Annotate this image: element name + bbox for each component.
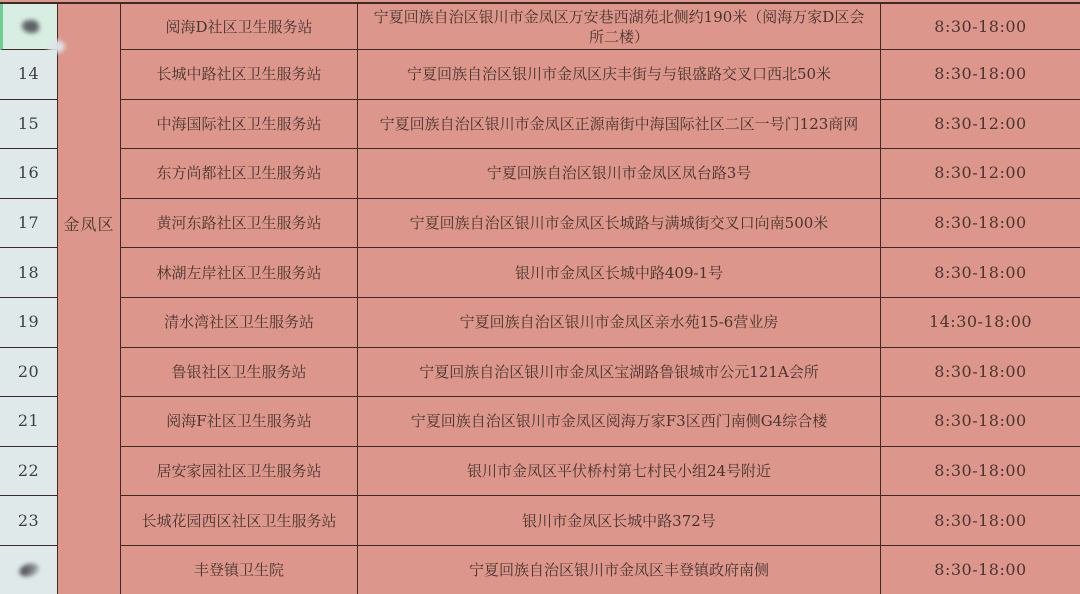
table-top-border [0, 2, 1080, 4]
address-cell: 宁夏回族自治区银川市金凤区庆丰街与与银盛路交叉口西北50米 [358, 50, 881, 100]
blurred-number-smudge [17, 562, 40, 579]
station-name-cell: 居安家园社区卫生服务站 [121, 447, 358, 497]
station-name-cell: 鲁银社区卫生服务站 [121, 348, 358, 398]
row-number-cell [0, 546, 58, 594]
address-cell: 宁夏回族自治区银川市金凤区宝湖路鲁银城市公元121A会所 [358, 348, 881, 398]
station-name-cell: 长城花园西区社区卫生服务站 [121, 496, 358, 546]
hours-cell: 8:30-18:00 [881, 397, 1080, 447]
address-cell: 宁夏回族自治区银川市金凤区凤台路3号 [358, 149, 881, 199]
address-cell: 银川市金凤区长城中路409-1号 [358, 248, 881, 298]
address-cell: 宁夏回族自治区银川市金凤区丰登镇政府南侧 [358, 546, 881, 594]
station-name-cell: 阅海F社区卫生服务站 [121, 397, 358, 447]
address-cell: 宁夏回族自治区银川市金凤区长城路与满城街交叉口向南500米 [358, 199, 881, 249]
row-number-cell: 22 [0, 447, 58, 497]
station-name-cell: 黄河东路社区卫生服务站 [121, 199, 358, 249]
station-name-cell: 中海国际社区卫生服务站 [121, 100, 358, 150]
address-cell: 宁夏回族自治区银川市金凤区正源南街中海国际社区二区一号门123商网 [358, 100, 881, 150]
health-stations-table-screenshot: 金凤区 阅海D社区卫生服务站 宁夏回族自治区银川市金凤区万安巷西湖苑北侧约190… [0, 0, 1080, 594]
artifact-smudge [47, 40, 65, 53]
station-name-cell: 林湖左岸社区卫生服务站 [121, 248, 358, 298]
address-cell: 宁夏回族自治区银川市金凤区万安巷西湖苑北侧约190米（阅海万家D区会所二楼） [358, 4, 881, 50]
hours-cell: 8:30-18:00 [881, 248, 1080, 298]
row-number-cell: 18 [0, 248, 58, 298]
row-number-cell: 17 [0, 199, 58, 249]
station-name-cell: 长城中路社区卫生服务站 [121, 50, 358, 100]
row-number-cell: 21 [0, 397, 58, 447]
row-number-cell: 15 [0, 100, 58, 150]
health-stations-table: 金凤区 阅海D社区卫生服务站 宁夏回族自治区银川市金凤区万安巷西湖苑北侧约190… [0, 4, 1080, 594]
hours-cell: 8:30-18:00 [881, 50, 1080, 100]
address-cell: 宁夏回族自治区银川市金凤区亲水苑15-6营业房 [358, 298, 881, 348]
station-name-cell: 清水湾社区卫生服务站 [121, 298, 358, 348]
row-number-cell: 20 [0, 348, 58, 398]
district-label: 金凤区 [58, 213, 120, 237]
address-cell: 银川市金凤区平伏桥村第七村民小组24号附近 [358, 447, 881, 497]
station-name-cell: 东方尚都社区卫生服务站 [121, 149, 358, 199]
row-number-cell: 14 [0, 50, 58, 100]
hours-cell: 8:30-18:00 [881, 546, 1080, 594]
hours-cell: 8:30-12:00 [881, 100, 1080, 150]
row-number-cell: 16 [0, 149, 58, 199]
hours-cell: 8:30-18:00 [881, 4, 1080, 50]
hours-cell: 8:30-12:00 [881, 149, 1080, 199]
hours-cell: 8:30-18:00 [881, 348, 1080, 398]
row-number-cell: 19 [0, 298, 58, 348]
address-cell: 宁夏回族自治区银川市金凤区阅海万家F3区西门南侧G4综合楼 [358, 397, 881, 447]
row-number-cell: 23 [0, 496, 58, 546]
district-cell: 金凤区 [58, 4, 121, 594]
hours-cell: 14:30-18:00 [881, 298, 1080, 348]
hours-cell: 8:30-18:00 [881, 496, 1080, 546]
hours-cell: 8:30-18:00 [881, 199, 1080, 249]
blurred-number-smudge [22, 20, 39, 33]
hours-cell: 8:30-18:00 [881, 447, 1080, 497]
station-name-cell: 丰登镇卫生院 [121, 546, 358, 594]
station-name-cell: 阅海D社区卫生服务站 [121, 4, 358, 50]
address-cell: 银川市金凤区长城中路372号 [358, 496, 881, 546]
